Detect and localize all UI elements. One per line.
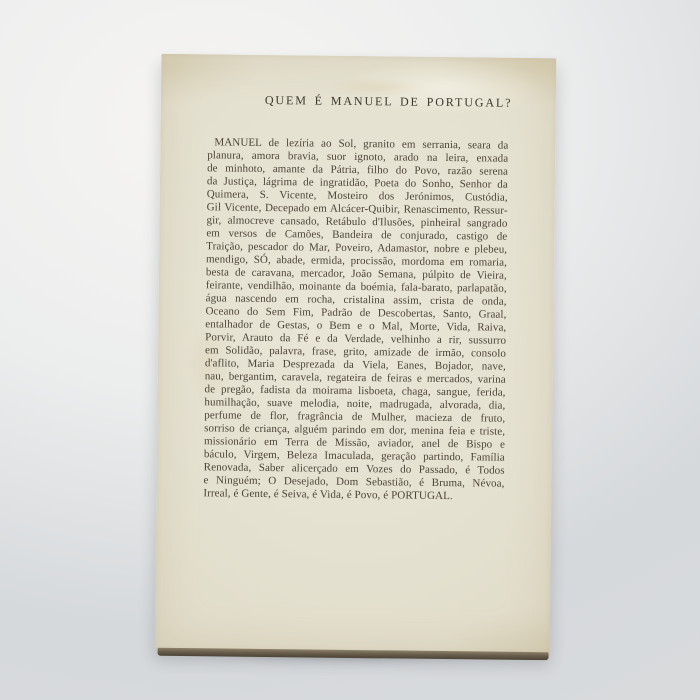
photo-backdrop: QUEM É MANUEL DE PORTUGAL? MANUEL de lez… (0, 0, 700, 700)
back-cover-title: QUEM É MANUEL DE PORTUGAL? (265, 93, 509, 111)
book-back-cover: QUEM É MANUEL DE PORTUGAL? MANUEL de lez… (155, 54, 557, 654)
back-cover-text-block: QUEM É MANUEL DE PORTUGAL? MANUEL de lez… (203, 92, 509, 503)
blurb-paragraph: MANUEL de lezíria ao Sol, granito em ser… (203, 136, 508, 503)
